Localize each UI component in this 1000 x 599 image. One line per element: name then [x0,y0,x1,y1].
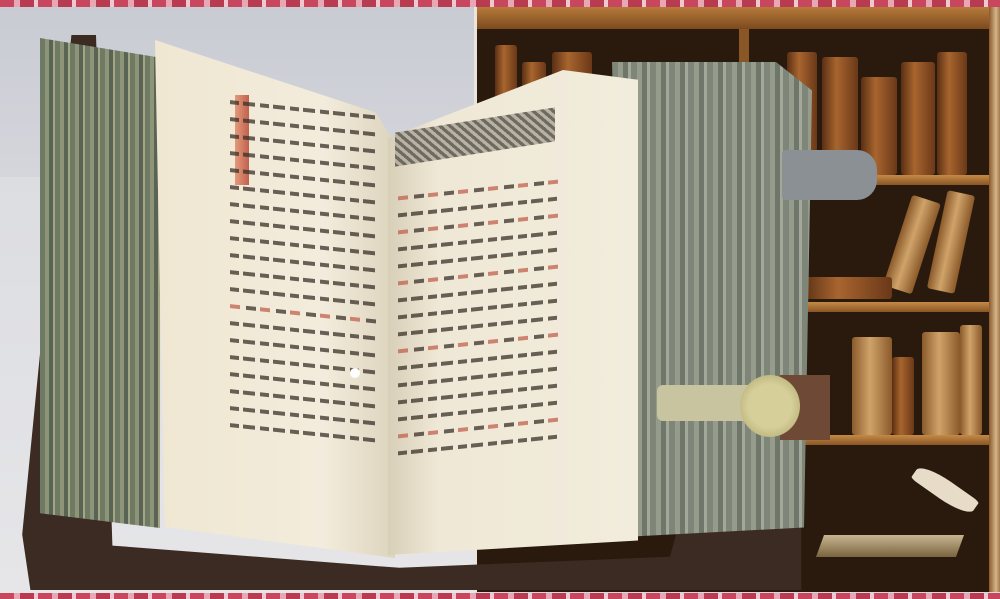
lying-book [802,277,892,299]
shelf-book [852,337,892,435]
small-book-on-shelf [816,535,964,557]
decorative-border-bottom [0,593,1000,599]
clasp-strap-top [782,150,877,200]
shelf-book [922,332,960,435]
right-page-text [398,167,558,494]
decorative-border-top [0,0,1000,7]
left-page-edges [40,38,160,528]
shelf-book [960,325,982,435]
shelf-book [892,357,914,435]
right-page-edges [612,62,812,537]
clasp-rosette [740,375,800,437]
painting-frame [989,7,1000,592]
left-page-text [230,87,380,473]
white-dot-marker [350,368,360,378]
shelf-book [937,52,967,175]
shelf-cornice [477,7,1000,29]
shelf-book [901,62,935,175]
